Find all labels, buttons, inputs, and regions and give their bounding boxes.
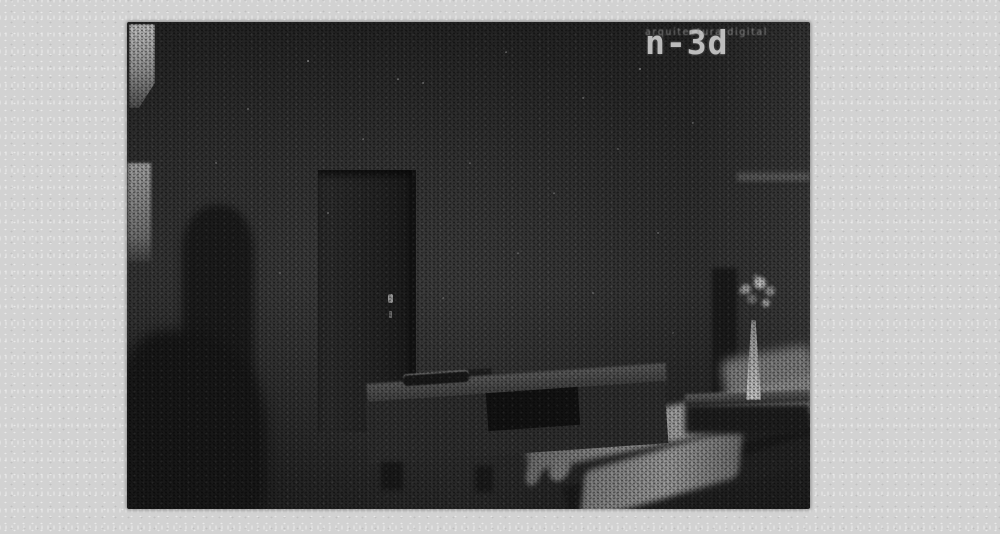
scan-speckles [187, 42, 189, 44]
bench-dark-inset [486, 387, 580, 431]
window-light-strip-mid [128, 163, 151, 262]
wooden-bench [367, 360, 667, 495]
door-knob [388, 294, 393, 303]
interior-render-photo: n-3d arquitectura digital [127, 22, 810, 509]
brand-tagline: arquitectura digital [645, 27, 768, 38]
side-ledge-shadow [685, 404, 810, 434]
bench-leg [381, 462, 403, 490]
bench-leg [475, 466, 493, 492]
scanned-page: n-3d arquitectura digital [0, 0, 1000, 534]
wall-light-streak [737, 170, 810, 185]
flowers [741, 284, 751, 294]
